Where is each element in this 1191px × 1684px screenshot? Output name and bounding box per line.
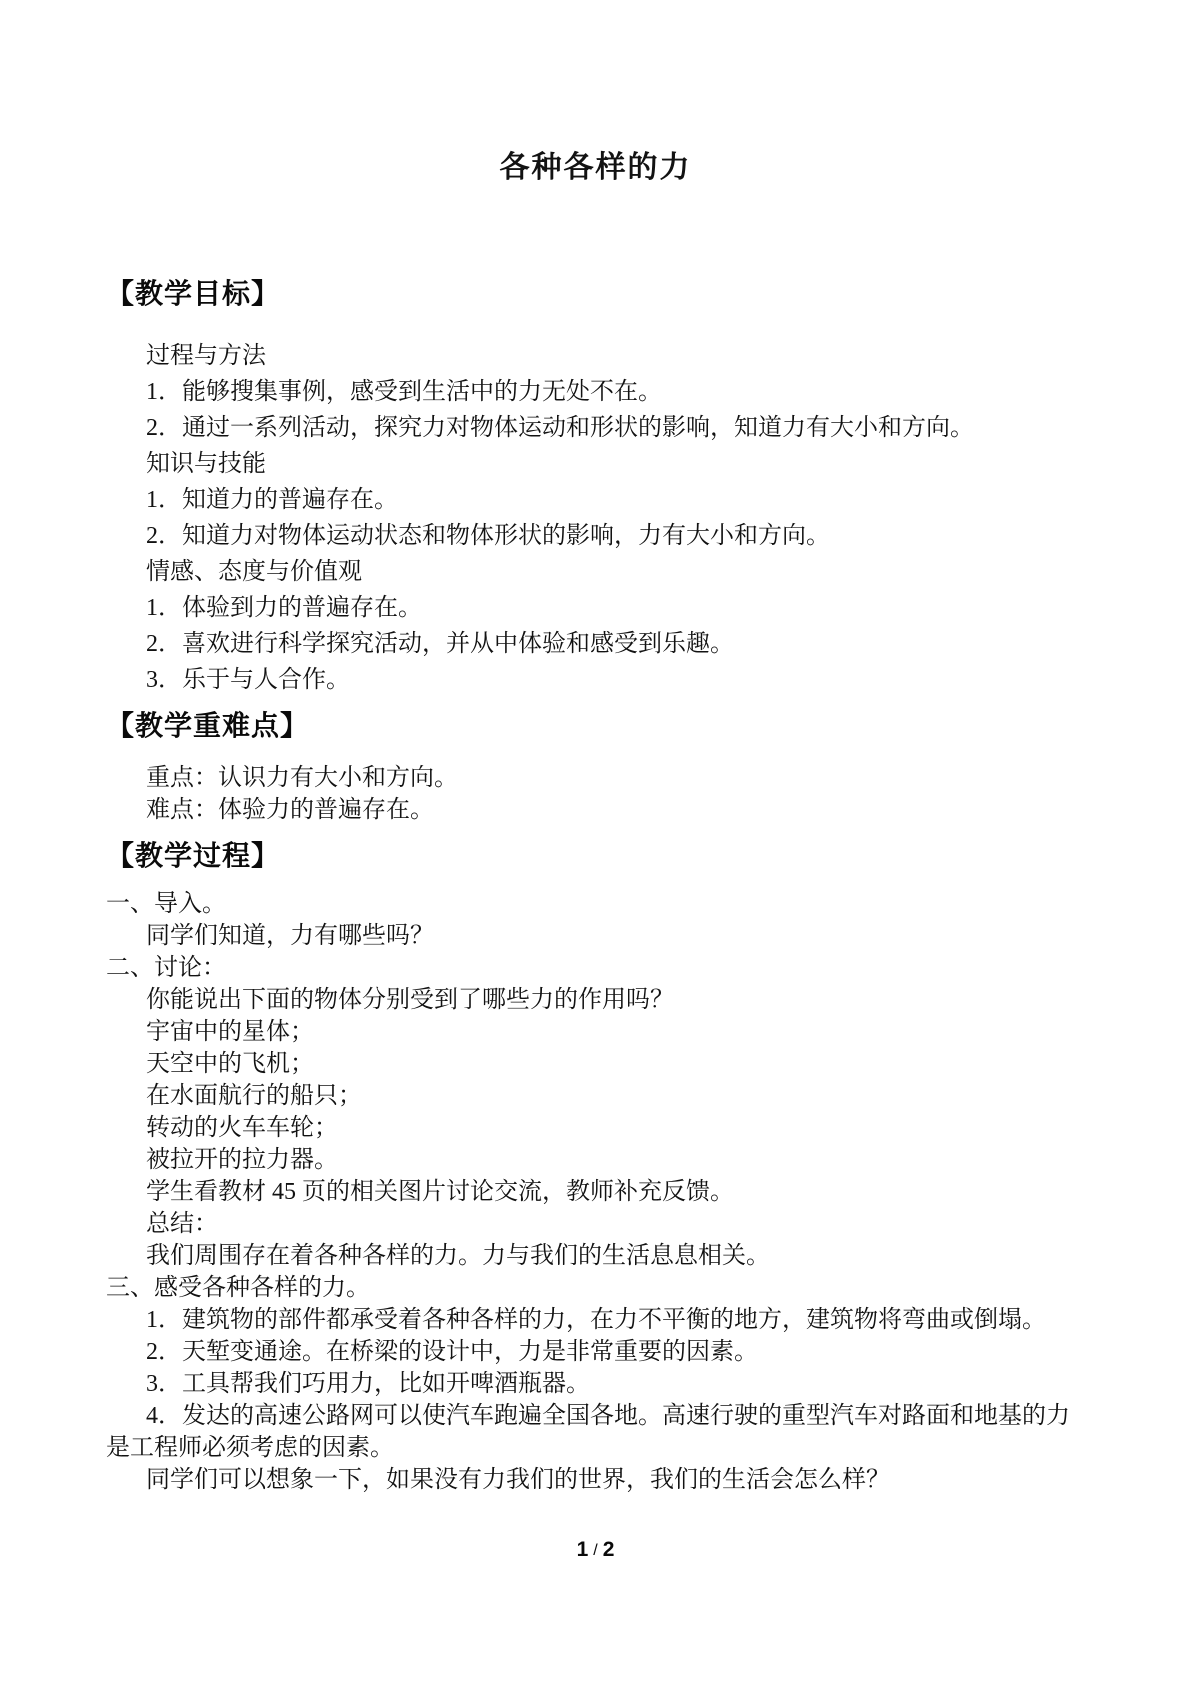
doc-line: 天空中的飞机； <box>106 1048 1085 1080</box>
page-footer: 1/2 <box>0 1538 1191 1562</box>
doc-line: 学生看教材 45 页的相关图片讨论交流，教师补充反馈。 <box>106 1176 1085 1208</box>
page-number-current: 1 <box>577 1538 589 1561</box>
doc-line: 知识与技能 <box>106 446 1085 482</box>
doc-line: 1．能够搜集事例，感受到生活中的力无处不在。 <box>106 374 1085 410</box>
process-body: 一、导入。 同学们知道，力有哪些吗？ 二、讨论： 你能说出下面的物体分别受到了哪… <box>106 888 1085 1496</box>
key-points-body: 重点：认识力有大小和方向。 难点：体验力的普遍存在。 <box>106 762 1085 826</box>
doc-line: 难点：体验力的普遍存在。 <box>106 794 1085 826</box>
section-heading-process: 【教学过程】 <box>106 836 1085 876</box>
doc-line: 过程与方法 <box>106 338 1085 374</box>
page-number-total: 2 <box>603 1538 615 1561</box>
document-title: 各种各样的力 <box>106 150 1085 186</box>
doc-line: 一、导入。 <box>106 888 1085 920</box>
page-number-separator: / <box>588 1542 602 1559</box>
doc-line: 1．体验到力的普遍存在。 <box>106 590 1085 626</box>
doc-line: 3．乐于与人合作。 <box>106 662 1085 698</box>
document-content: 各种各样的力 【教学目标】 过程与方法 1．能够搜集事例，感受到生活中的力无处不… <box>0 0 1191 1496</box>
doc-line: 同学们知道，力有哪些吗？ <box>106 920 1085 952</box>
doc-line: 2．通过一系列活动，探究力对物体运动和形状的影响，知道力有大小和方向。 <box>106 410 1085 446</box>
doc-line: 三、感受各种各样的力。 <box>106 1272 1085 1304</box>
doc-line: 总结： <box>106 1208 1085 1240</box>
doc-line: 4．发达的高速公路网可以使汽车跑遍全国各地。高速行驶的重型汽车对路面和地基的力 <box>106 1400 1085 1432</box>
doc-line: 1．知道力的普遍存在。 <box>106 482 1085 518</box>
section-teaching-objectives: 【教学目标】 过程与方法 1．能够搜集事例，感受到生活中的力无处不在。 2．通过… <box>106 274 1085 698</box>
lesson-plan-document-page: 各种各样的力 【教学目标】 过程与方法 1．能够搜集事例，感受到生活中的力无处不… <box>0 0 1191 1684</box>
doc-line: 你能说出下面的物体分别受到了哪些力的作用吗？ <box>106 984 1085 1016</box>
doc-line: 2．喜欢进行科学探究活动，并从中体验和感受到乐趣。 <box>106 626 1085 662</box>
doc-line: 同学们可以想象一下，如果没有力我们的世界，我们的生活会怎么样？ <box>106 1464 1085 1496</box>
section-teaching-process: 【教学过程】 一、导入。 同学们知道，力有哪些吗？ 二、讨论： 你能说出下面的物… <box>106 836 1085 1496</box>
doc-line: 在水面航行的船只； <box>106 1080 1085 1112</box>
doc-line: 我们周围存在着各种各样的力。力与我们的生活息息相关。 <box>106 1240 1085 1272</box>
doc-line: 2．知道力对物体运动状态和物体形状的影响，力有大小和方向。 <box>106 518 1085 554</box>
section-heading-key-points: 【教学重难点】 <box>106 706 1085 746</box>
doc-line: 3．工具帮我们巧用力，比如开啤酒瓶器。 <box>106 1368 1085 1400</box>
doc-line: 重点：认识力有大小和方向。 <box>106 762 1085 794</box>
section-key-difficult-points: 【教学重难点】 重点：认识力有大小和方向。 难点：体验力的普遍存在。 <box>106 706 1085 826</box>
objectives-body: 过程与方法 1．能够搜集事例，感受到生活中的力无处不在。 2．通过一系列活动，探… <box>106 338 1085 698</box>
doc-line: 被拉开的拉力器。 <box>106 1144 1085 1176</box>
doc-line: 1．建筑物的部件都承受着各种各样的力，在力不平衡的地方，建筑物将弯曲或倒塌。 <box>106 1304 1085 1336</box>
doc-line: 转动的火车车轮； <box>106 1112 1085 1144</box>
doc-line: 二、讨论： <box>106 952 1085 984</box>
doc-line: 宇宙中的星体； <box>106 1016 1085 1048</box>
section-heading-objectives: 【教学目标】 <box>106 274 1085 314</box>
doc-line: 是工程师必须考虑的因素。 <box>106 1432 1085 1464</box>
doc-line: 情感、态度与价值观 <box>106 554 1085 590</box>
doc-line: 2．天堑变通途。在桥梁的设计中，力是非常重要的因素。 <box>106 1336 1085 1368</box>
